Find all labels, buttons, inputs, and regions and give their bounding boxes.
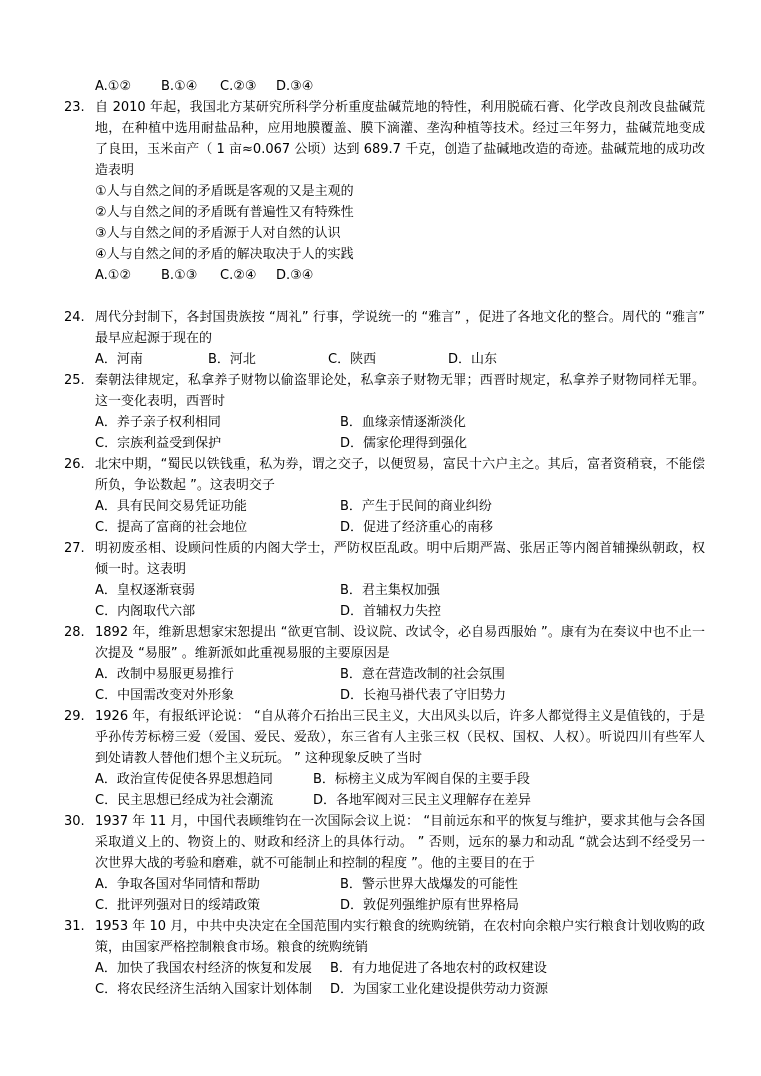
- question-28: 28. 1892 年，维新思想家宋恕提出 “欲更官制、设议院、改试令，必自易西服…: [95, 622, 705, 706]
- option-b: B．河北: [208, 349, 328, 370]
- statement-2: ②人与自然之间的矛盾既有普遍性又有特殊性: [95, 202, 705, 223]
- option-b: B．标榜主义成为军阀自保的主要手段: [313, 769, 705, 790]
- option-a: A．皇权逐渐衰弱: [95, 580, 340, 601]
- option-a: A．改制中易服更易推行: [95, 664, 340, 685]
- question-stem: 1953 年 10 月，中共中央决定在全国范围内实行粮食的统购统销，在农村向余粮…: [95, 916, 705, 958]
- option-a: A．争取各国对华同情和帮助: [95, 874, 340, 895]
- question-number: 24.: [64, 307, 85, 328]
- options-grid: A．争取各国对华同情和帮助 B．警示世界大战爆发的可能性 C．批评列强对日的绥靖…: [95, 874, 705, 916]
- option-d: D．为国家工业化建设提供劳动力资源: [330, 979, 705, 1000]
- question-stem: 秦朝法律规定，私拿养子财物以偷盗罪论处，私拿亲子财物无罪；西晋时规定，私拿养子财…: [95, 370, 705, 412]
- question-24: 24. 周代分封制下，各封国贵族按 “周礼” 行事，学说统一的 “雅言” ，促进…: [95, 307, 705, 370]
- statement-4: ④人与自然之间的矛盾的解决取决于人的实践: [95, 244, 705, 265]
- options-grid: A．皇权逐渐衰弱 B．君主集权加强 C．内阁取代六部 D．首辅权力失控: [95, 580, 705, 622]
- question-number: 26.: [64, 454, 85, 475]
- statement-1: ①人与自然之间的矛盾既是客观的又是主观的: [95, 181, 705, 202]
- question-stem: 1892 年，维新思想家宋恕提出 “欲更官制、设议院、改试令，必自易西服始 ”。…: [95, 622, 705, 664]
- question-number: 23.: [64, 97, 85, 118]
- question-31: 31. 1953 年 10 月，中共中央决定在全国范围内实行粮食的统购统销，在农…: [95, 916, 705, 1000]
- options-grid: A．政治宣传促使各界思想趋同 B．标榜主义成为军阀自保的主要手段 C．民主思想已…: [95, 769, 705, 811]
- option-d: D．首辅权力失控: [340, 601, 705, 622]
- option-d: D.③④: [276, 76, 705, 97]
- option-d: D．敦促列强维护原有世界格局: [340, 895, 705, 916]
- option-b: B．有力地促进了各地农村的政权建设: [330, 958, 705, 979]
- question-number: 30.: [64, 811, 85, 832]
- question-25: 25. 秦朝法律规定，私拿养子财物以偷盗罪论处，私拿亲子财物无罪；西晋时规定，私…: [95, 370, 705, 454]
- option-a: A．政治宣传促使各界思想趋同: [95, 769, 313, 790]
- options-grid: A．具有民间交易凭证功能 B．产生于民间的商业纠纷 C．提高了富商的社会地位 D…: [95, 496, 705, 538]
- option-b: B．警示世界大战爆发的可能性: [340, 874, 705, 895]
- question-number: 28.: [64, 622, 85, 643]
- option-c: C．将农民经济生活纳入国家计划体制: [95, 979, 330, 1000]
- question-23: 23. 自 2010 年起，我国北方某研究所科学分析重度盐碱荒地的特性，利用脱硫…: [95, 97, 705, 286]
- option-d: D．促进了经济重心的南移: [340, 517, 705, 538]
- question-number: 25.: [64, 370, 85, 391]
- options-row: A.①② B.①③ C.②④ D.③④: [95, 265, 705, 286]
- question-stem: 1937 年 11 月，中国代表顾维钧在一次国际会议上说： “目前远东和平的恢复…: [95, 811, 705, 874]
- option-b: B．血缘亲情逐渐淡化: [340, 412, 705, 433]
- option-a: A．加快了我国农村经济的恢复和发展: [95, 958, 330, 979]
- statement-list: ①人与自然之间的矛盾既是客观的又是主观的 ②人与自然之间的矛盾既有普遍性又有特殊…: [95, 181, 705, 265]
- option-c: C．内阁取代六部: [95, 601, 340, 622]
- statement-3: ③人与自然之间的矛盾源于人对自然的认识: [95, 223, 705, 244]
- option-c: C．宗族利益受到保护: [95, 433, 340, 454]
- question-stem: 周代分封制下，各封国贵族按 “周礼” 行事，学说统一的 “雅言” ，促进了各地文…: [95, 307, 705, 349]
- option-c: C．陕西: [328, 349, 448, 370]
- question-27: 27. 明初废丞相、设顾问性质的内阁大学士，严防权臣乱政。明中后期严嵩、张居正等…: [95, 538, 705, 622]
- option-c: C．中国需改变对外形象: [95, 685, 340, 706]
- exam-page: A.①② B.①④ C.②③ D.③④ 23. 自 2010 年起，我国北方某研…: [0, 0, 761, 1076]
- option-b: B．君主集权加强: [340, 580, 705, 601]
- question-stem: 北宋中期，“蜀民以铁钱重，私为券，谓之交子，以便贸易，富民十六户主之。其后，富者…: [95, 454, 705, 496]
- options-grid: A．加快了我国农村经济的恢复和发展 B．有力地促进了各地农村的政权建设 C．将农…: [95, 958, 705, 1000]
- option-c: C.②③: [220, 76, 276, 97]
- options-grid: A．改制中易服更易推行 B．意在营造改制的社会氛围 C．中国需改变对外形象 D．…: [95, 664, 705, 706]
- options-grid: A．养子亲子权利相同 B．血缘亲情逐渐淡化 C．宗族利益受到保护 D．儒家伦理得…: [95, 412, 705, 454]
- question-29: 29. 1926 年，有报纸评论说： “自从蒋介石抬出三民主义，大出风头以后，许…: [95, 706, 705, 811]
- question-30: 30. 1937 年 11 月，中国代表顾维钧在一次国际会议上说： “目前远东和…: [95, 811, 705, 916]
- option-b: B.①④: [161, 76, 220, 97]
- question-number: 27.: [64, 538, 85, 559]
- question-26: 26. 北宋中期，“蜀民以铁钱重，私为券，谓之交子，以便贸易，富民十六户主之。其…: [95, 454, 705, 538]
- option-a: A.①②: [95, 265, 161, 286]
- option-a: A.①②: [95, 76, 161, 97]
- option-c: C．民主思想已经成为社会潮流: [95, 790, 313, 811]
- option-d: D.③④: [276, 265, 705, 286]
- question-number: 31.: [64, 916, 85, 937]
- option-b: B．意在营造改制的社会氛围: [340, 664, 705, 685]
- question-stem: 自 2010 年起，我国北方某研究所科学分析重度盐碱荒地的特性，利用脱硫石膏、化…: [95, 97, 705, 181]
- question-stem: 明初废丞相、设顾问性质的内阁大学士，严防权臣乱政。明中后期严嵩、张居正等内阁首辅…: [95, 538, 705, 580]
- option-d: D．儒家伦理得到强化: [340, 433, 705, 454]
- option-d: D．各地军阀对三民主义理解存在差异: [313, 790, 705, 811]
- question-number: 29.: [64, 706, 85, 727]
- carryover-options-row: A.①② B.①④ C.②③ D.③④: [95, 76, 705, 97]
- option-a: A．河南: [95, 349, 208, 370]
- option-d: D．山东: [448, 349, 705, 370]
- options-row: A．河南 B．河北 C．陕西 D．山东: [95, 349, 705, 370]
- option-c: C．批评列强对日的绥靖政策: [95, 895, 340, 916]
- option-c: C．提高了富商的社会地位: [95, 517, 340, 538]
- option-b: B．产生于民间的商业纠纷: [340, 496, 705, 517]
- option-a: A．具有民间交易凭证功能: [95, 496, 340, 517]
- question-stem: 1926 年，有报纸评论说： “自从蒋介石抬出三民主义，大出风头以后，许多人都觉…: [95, 706, 705, 769]
- option-c: C.②④: [220, 265, 276, 286]
- option-d: D．长袍马褂代表了守旧势力: [340, 685, 705, 706]
- option-a: A．养子亲子权利相同: [95, 412, 340, 433]
- option-b: B.①③: [161, 265, 220, 286]
